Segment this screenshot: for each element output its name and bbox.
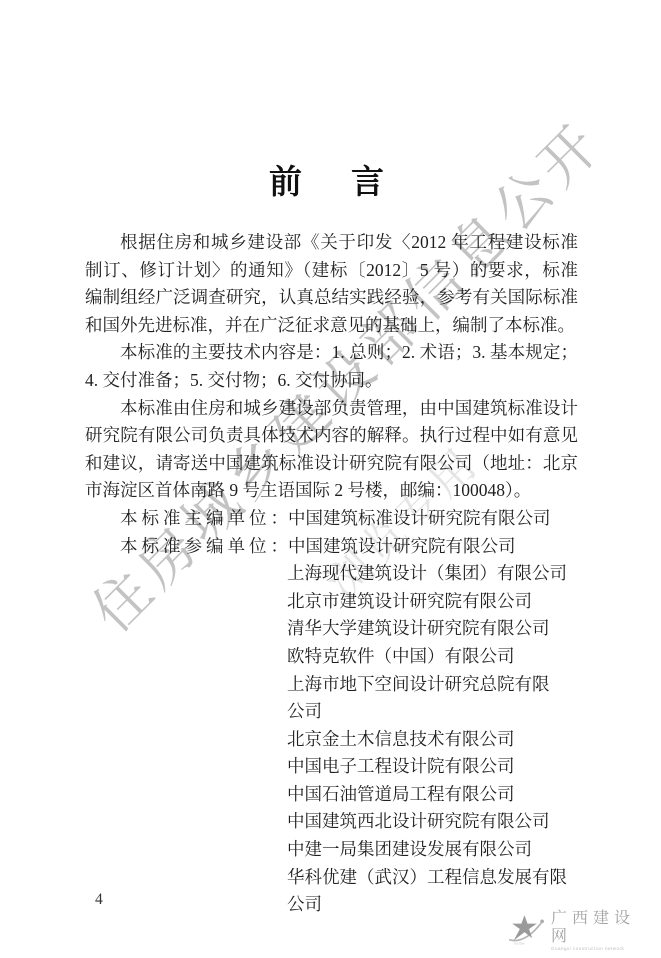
- participants-first-value: 中国建筑设计研究院有限公司: [288, 536, 516, 556]
- participant-unit: 欧特克软件（中国）有限公司: [287, 643, 578, 671]
- star-logo-icon: GXJSW: [503, 911, 549, 952]
- document-page: 住房城乡建设部信息公开 浏览专用 前 言 根据住房和城乡建设部《关于印发〈201…: [0, 0, 661, 958]
- participants-label: 本标准参编单位: [120, 536, 271, 556]
- chief-editor-value: 中国建筑标准设计研究院有限公司: [288, 508, 551, 528]
- logo-text-wrap: 广西建设网 Guangxi construction network: [551, 910, 653, 952]
- participant-unit: 中国电子工程设计院有限公司: [287, 753, 578, 781]
- participant-unit: 上海现代建筑设计（集团）有限公司: [287, 560, 578, 588]
- participant-unit: 北京金土木信息技术有限公司: [287, 726, 578, 754]
- participant-unit: 中国石油管道局工程有限公司: [287, 781, 578, 809]
- participant-units-list: 上海现代建筑设计（集团）有限公司北京市建筑设计研究院有限公司清华大学建筑设计研究…: [287, 560, 578, 919]
- logo-site-name: 广西建设网: [551, 910, 653, 946]
- page-title: 前 言: [0, 156, 661, 203]
- paragraph-basis: 根据住房和城乡建设部《关于印发〈2012 年工程建设标准制订、修订计划〉的通知》…: [85, 229, 578, 339]
- participant-unit: 上海市地下空间设计研究总院有限 公司: [287, 671, 578, 726]
- chief-editor-colon: ：: [271, 508, 289, 528]
- participants-line: 本标准参编单位：中国建筑设计研究院有限公司: [85, 533, 578, 561]
- participant-unit: 清华大学建筑设计研究院有限公司: [287, 615, 578, 643]
- paragraph-management: 本标准由住房和城乡建设部负责管理，由中国建筑标准设计研究院有限公司负责具体技术内…: [85, 395, 578, 505]
- participant-unit: 中国建筑西北设计研究院有限公司: [287, 808, 578, 836]
- chief-editor-line: 本标准主编单位：中国建筑标准设计研究院有限公司: [85, 505, 578, 533]
- participant-unit: 中建一局集团建设发展有限公司: [287, 836, 578, 864]
- participant-unit: 北京市建筑设计研究院有限公司: [287, 588, 578, 616]
- chief-editor-label: 本标准主编单位: [120, 508, 271, 528]
- document-body: 根据住房和城乡建设部《关于印发〈2012 年工程建设标准制订、修订计划〉的通知》…: [85, 229, 578, 919]
- footer-logo: GXJSW 广西建设网 Guangxi construction network: [503, 908, 653, 954]
- svg-text:GXJSW: GXJSW: [514, 941, 525, 945]
- participants-colon: ：: [271, 536, 289, 556]
- paragraph-contents: 本标准的主要技术内容是：1. 总则；2. 术语；3. 基本规定；4. 交付准备；…: [85, 339, 578, 394]
- page-number: 4: [95, 891, 103, 909]
- logo-tagline: Guangxi construction network: [551, 946, 653, 952]
